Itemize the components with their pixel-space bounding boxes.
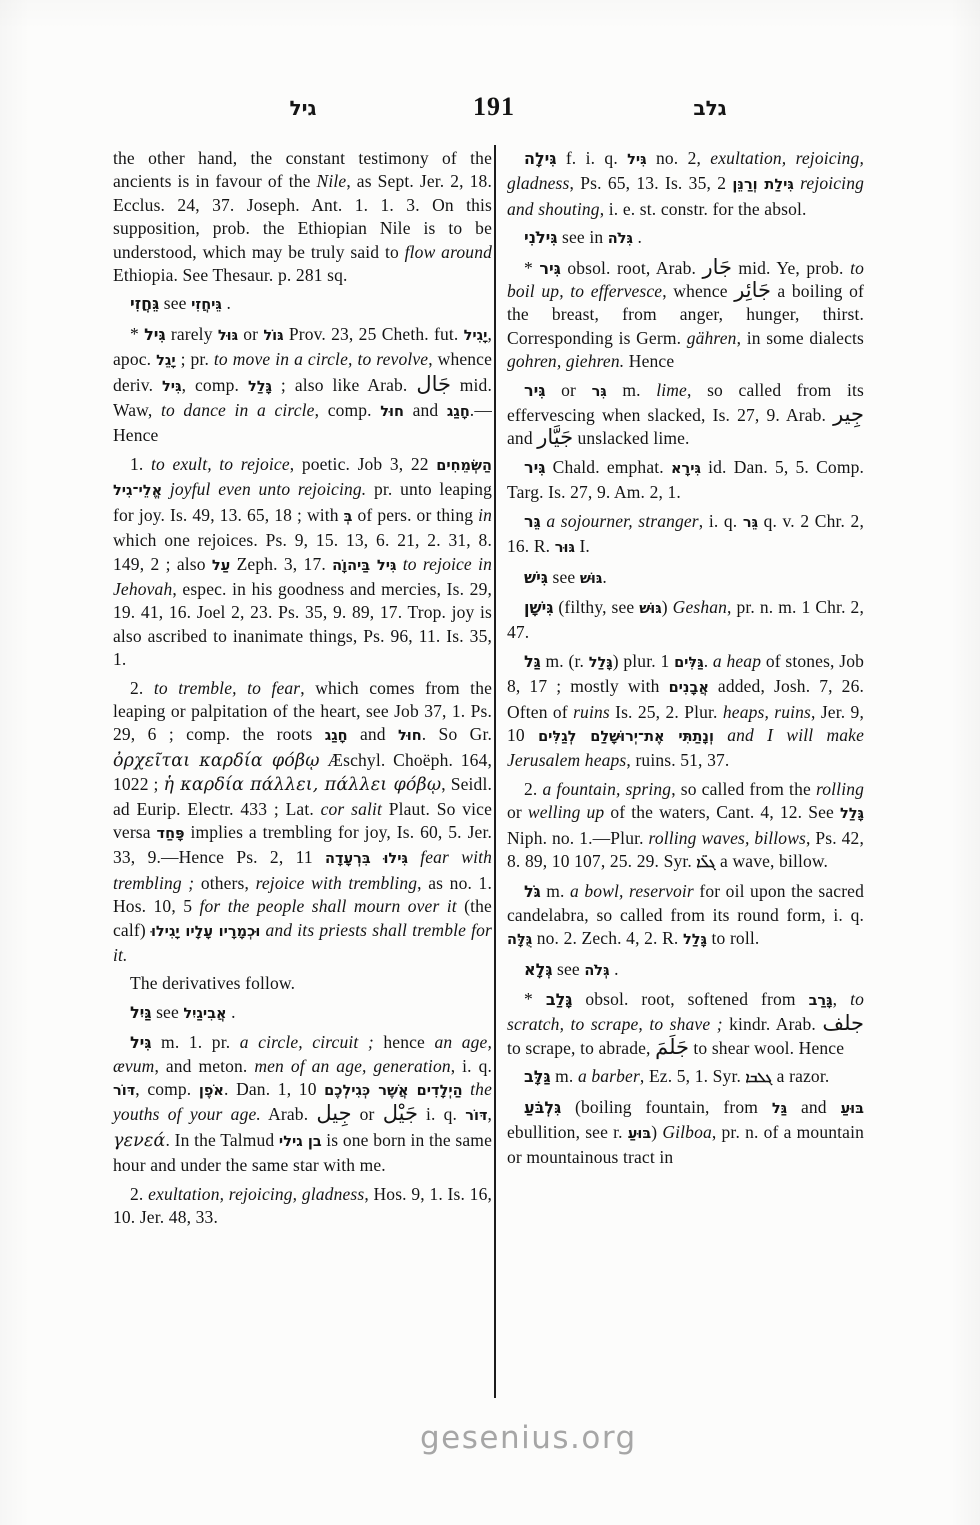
header-catchword-right: גלב bbox=[650, 96, 770, 120]
italic-text: Geshan bbox=[673, 597, 727, 617]
hebrew-headword: גֵּר bbox=[524, 512, 541, 531]
hebrew-word: גֵּיחֲזִי bbox=[191, 297, 222, 313]
hebrew-word: בּוּעַ bbox=[628, 1126, 651, 1142]
roman-text: ; pr. bbox=[176, 349, 214, 369]
roman-text bbox=[714, 725, 727, 745]
hebrew-word: חָגַג bbox=[325, 728, 348, 744]
roman-text: or bbox=[507, 802, 528, 822]
roman-text: rarely bbox=[166, 324, 218, 344]
roman-text: obsol. root, softened from bbox=[572, 989, 808, 1009]
roman-text: The derivatives follow. bbox=[130, 973, 295, 993]
roman-text: Is. 25, 2. Plur. bbox=[610, 702, 723, 722]
entry-giloni-crossref: גִּילֹנִי see in גִּלֹה . bbox=[507, 226, 864, 251]
italic-text: rolling waves, billows bbox=[649, 828, 806, 848]
hebrew-word: יָגֵל bbox=[156, 353, 176, 369]
italic-text: Nile bbox=[317, 171, 347, 191]
roman-text: ) plur. bbox=[613, 651, 661, 671]
hebrew-headword: גִּיל bbox=[144, 325, 166, 344]
hebrew-word: בן גילי bbox=[279, 1134, 322, 1150]
hebrew-headword: גַּיִל bbox=[130, 1003, 152, 1022]
roman-text: 2. bbox=[130, 678, 154, 698]
roman-text: , whence bbox=[662, 281, 734, 301]
roman-text: or bbox=[238, 324, 263, 344]
hebrew-word: וְנָתַתִּי אֶת־יְרוּשָׁלִַם לְגַלִּים bbox=[538, 729, 714, 745]
roman-text: . bbox=[610, 959, 619, 979]
italic-text: a fountain, spring bbox=[542, 779, 671, 799]
arabic-word: جَيَّار bbox=[537, 425, 573, 449]
entry-gilboa: גִּלְבֹּעַ (boiling fountain, from גַּל … bbox=[507, 1096, 864, 1170]
dictionary-page: גיל 191 גלב the other hand, the constant… bbox=[0, 0, 980, 1525]
roman-text: ; also like Arab. bbox=[272, 375, 416, 395]
hebrew-word: גּוּשׁ bbox=[639, 601, 661, 617]
hebrew-headword: גֹּל bbox=[524, 882, 541, 901]
roman-text: * bbox=[524, 258, 539, 278]
hebrew-word: דּוֹר bbox=[113, 1083, 135, 1099]
roman-text: no. 2. Zech. 4, 2. R. bbox=[532, 928, 683, 948]
left-column: the other hand, the constant testimony o… bbox=[113, 147, 492, 1229]
roman-text: m. bbox=[551, 1066, 578, 1086]
arabic-word: جَار bbox=[703, 255, 733, 279]
roman-text: mid. Ye, prob. bbox=[732, 258, 850, 278]
roman-text: , bbox=[833, 989, 850, 1009]
italic-text: a bowl, reservoir bbox=[570, 881, 694, 901]
italic-text: a barber bbox=[578, 1066, 640, 1086]
italic-text: gohren, giehren. bbox=[507, 351, 624, 371]
italic-text: lime bbox=[656, 380, 687, 400]
hebrew-word: גָּלַל bbox=[683, 932, 707, 948]
hebrew-word: גִּילַת וְרַנֵּן bbox=[732, 177, 793, 193]
hebrew-word: גַּל bbox=[772, 1101, 787, 1117]
syriac-word: ܓܠܒܐ bbox=[746, 1070, 773, 1086]
hebrew-word: בּוּעַ bbox=[841, 1101, 864, 1117]
hebrew-word: גִּילוּ בִּרְעָדָה bbox=[325, 851, 408, 867]
hebrew-headword: גִּיל bbox=[130, 1033, 152, 1052]
entry-gir-chald: גִּיר Chald. emphat. גִּירָא id. Dan. 5,… bbox=[507, 456, 864, 505]
roman-text: , and meton. bbox=[154, 1056, 254, 1076]
roman-text: (filthy, see bbox=[553, 597, 639, 617]
italic-text: a circle, circuit ; bbox=[240, 1032, 374, 1052]
hebrew-word: גּוּשׁ bbox=[580, 571, 602, 587]
column-divider-rule bbox=[494, 145, 496, 1398]
hebrew-word: אֹפֶן bbox=[199, 1083, 224, 1099]
continuation-paragraph: the other hand, the constant testimony o… bbox=[113, 147, 492, 287]
hebrew-word: גִּלֹה bbox=[608, 231, 633, 247]
roman-text: . bbox=[602, 567, 607, 587]
roman-text: ) bbox=[651, 1122, 662, 1142]
entry-gal-sense-2: 2. a fountain, spring, so called from th… bbox=[507, 778, 864, 876]
roman-text: and bbox=[348, 724, 398, 744]
entry-gir-root: * גִּיר obsol. root, Arab. جَار mid. Ye,… bbox=[507, 257, 864, 374]
roman-text: * bbox=[524, 989, 546, 1009]
header-catchword-left: גיל bbox=[243, 96, 363, 120]
roman-text: a razor. bbox=[772, 1066, 829, 1086]
hebrew-headword: גִּיר bbox=[524, 381, 546, 400]
entry-gela-crossref: גְּלָא see גְּלֹה . bbox=[507, 958, 864, 983]
roman-text: . bbox=[633, 227, 642, 247]
roman-text: Ethiopia. See Thesaur. p. 281 sq. bbox=[113, 265, 348, 285]
greek-phrase: γενεά bbox=[113, 1131, 165, 1151]
roman-text: to roll. bbox=[707, 928, 759, 948]
hebrew-word: אֲבָנִים bbox=[669, 680, 709, 696]
right-column: גִּילָה f. i. q. גִּיל no. 2, exultation… bbox=[507, 147, 864, 1170]
italic-text: welling up bbox=[528, 802, 604, 822]
roman-text: see in bbox=[558, 227, 608, 247]
hebrew-word: גּוֹל bbox=[263, 328, 283, 344]
roman-text: m. bbox=[541, 881, 570, 901]
watermark: gesenius.org bbox=[420, 1420, 637, 1456]
roman-text: see bbox=[159, 293, 191, 313]
roman-text: to scrape, to abrade, bbox=[507, 1038, 655, 1058]
entry-gil-verb-root: * גִּיל rarely גּוּל or גּוֹל Prov. 23, … bbox=[113, 323, 492, 448]
roman-text bbox=[408, 847, 420, 867]
entry-gil-noun: גִּיל m. 1. pr. a circle, circuit ; henc… bbox=[113, 1031, 492, 1177]
roman-text: and bbox=[507, 428, 537, 448]
roman-text: , Ps. 65, 13. Is. 35, 2 bbox=[569, 173, 732, 193]
entry-gechazi-crossref: גֵּחֲזִי see גֵּיחֲזִי . bbox=[113, 292, 492, 317]
syriac-word: ܓܠ̈ܐ bbox=[696, 855, 715, 871]
hebrew-headword: גִּילֹנִי bbox=[524, 228, 558, 247]
hebrew-headword: גְּלָא bbox=[524, 960, 552, 979]
entry-gal-heap: גַּל m. (r. גָּלַל) plur. גַּלִּים 1. a … bbox=[507, 650, 864, 773]
roman-text: or bbox=[352, 1104, 383, 1124]
entry-geshan: גִּישָׁן (filthy, see גּוּשׁ) Geshan, pr… bbox=[507, 596, 864, 645]
italic-text: to exult, to rejoice bbox=[151, 454, 290, 474]
hebrew-word: גּוּל bbox=[218, 328, 238, 344]
hebrew-word: גְּלֹה bbox=[584, 963, 609, 979]
hebrew-word: יָגִיל bbox=[464, 328, 488, 344]
roman-text: kindr. Arab. bbox=[723, 1014, 823, 1034]
roman-text bbox=[162, 479, 170, 499]
arabic-word: جِير bbox=[833, 402, 864, 426]
entry-gol-bowl: גֹּל m. a bowl, reservoir for oil upon t… bbox=[507, 880, 864, 952]
roman-text: m. bbox=[607, 380, 656, 400]
roman-text: see bbox=[552, 959, 584, 979]
hebrew-word: גּוּר bbox=[555, 540, 575, 556]
hebrew-word: בְּ bbox=[344, 509, 353, 525]
roman-text: ebullition, see r. bbox=[507, 1122, 628, 1142]
roman-text: , i. e. st. constr. for the absol. bbox=[600, 199, 807, 219]
italic-text: a heap bbox=[713, 651, 761, 671]
italic-text: to tremble, to fear bbox=[154, 678, 300, 698]
roman-text: . So Gr. bbox=[422, 724, 492, 744]
arabic-word: جَائِر bbox=[734, 278, 771, 302]
hebrew-word: גַּלִּים bbox=[674, 655, 704, 671]
roman-text: a wave, billow. bbox=[716, 851, 828, 871]
hebrew-headword: גִּילָה bbox=[524, 149, 557, 168]
roman-text: , comp. bbox=[182, 375, 248, 395]
italic-text: men of an age, generation bbox=[254, 1056, 450, 1076]
roman-text: . bbox=[227, 1002, 236, 1022]
roman-text: or bbox=[546, 380, 592, 400]
roman-text: , comp. bbox=[315, 400, 381, 420]
arabic-word: جَال bbox=[416, 372, 451, 396]
italic-text: cor salit bbox=[321, 799, 382, 819]
hebrew-word: גָּרַב bbox=[809, 993, 833, 1009]
entry-gil-sense-2: 2. to tremble, to fear, which comes from… bbox=[113, 677, 492, 968]
hebrew-headword: גִּישָׁן bbox=[524, 598, 553, 617]
italic-text: for the people shall mourn over it bbox=[199, 896, 456, 916]
italic-text: rejoice with trembling bbox=[256, 873, 418, 893]
italic-text: rolling bbox=[816, 779, 864, 799]
roman-text: others, bbox=[194, 873, 255, 893]
entry-gish-crossref: גִּישׁ see גּוּשׁ. bbox=[507, 566, 864, 591]
roman-text: . Dan. 1, 10 bbox=[224, 1079, 324, 1099]
roman-text: of pers. or thing bbox=[353, 505, 479, 525]
hebrew-word: חוּל bbox=[398, 728, 422, 744]
roman-text: Niph. no. 1.—Plur. bbox=[507, 828, 649, 848]
hebrew-word: חוּל bbox=[380, 404, 404, 420]
roman-text: 2. bbox=[130, 1184, 148, 1204]
roman-text: . bbox=[222, 293, 231, 313]
roman-text: m. (r. bbox=[541, 651, 589, 671]
hebrew-word: גִּירָא bbox=[671, 461, 701, 477]
hebrew-headword: גִּיר bbox=[539, 259, 561, 278]
hebrew-word: פָּחַד bbox=[157, 826, 185, 842]
hebrew-word: גִּיל בַּיהוָֹה bbox=[332, 558, 396, 574]
hebrew-headword: גָּלַב bbox=[546, 990, 573, 1009]
entry-galab-root: * גָּלַב obsol. root, softened from גָּר… bbox=[507, 988, 864, 1060]
hebrew-word: דּוֹר bbox=[465, 1108, 487, 1124]
roman-text: 2. bbox=[524, 779, 542, 799]
hebrew-word: עַל bbox=[212, 558, 230, 574]
italic-text: joyful even unto rejoicing. bbox=[170, 479, 367, 499]
hebrew-word: חָגַג bbox=[447, 404, 470, 420]
roman-text: , Ez. 5, 1. Syr. bbox=[640, 1066, 746, 1086]
hebrew-word: גָּלַל bbox=[589, 655, 613, 671]
arabic-word: جَيْل bbox=[383, 1101, 418, 1125]
hebrew-headword: גִּיר bbox=[524, 458, 546, 477]
page-number: 191 bbox=[434, 92, 554, 122]
roman-text: , in some dialects bbox=[737, 328, 864, 348]
roman-text: * bbox=[130, 324, 144, 344]
roman-text: unslacked lime. bbox=[573, 428, 689, 448]
italic-text: ruins bbox=[573, 702, 610, 722]
entry-gil-noun-sense-2: 2. exultation, rejoicing, gladness, Hos.… bbox=[113, 1183, 492, 1230]
hebrew-word: הַיְלָדִים אֲשֶׁר כְּגִילְכֶם bbox=[324, 1083, 462, 1099]
arabic-word: جِيل bbox=[316, 1101, 351, 1125]
hebrew-headword: גִּלְבֹּעַ bbox=[524, 1098, 561, 1117]
roman-text: , poetic. Job 3, 22 bbox=[290, 454, 436, 474]
greek-phrase: ἡ καρδία πάλλει, πάλλει φόβῳ bbox=[164, 775, 442, 795]
hebrew-headword: גִּישׁ bbox=[524, 568, 548, 587]
roman-text: Chald. emphat. bbox=[546, 457, 671, 477]
roman-text: to shear wool. Hence bbox=[689, 1038, 844, 1058]
hebrew-word: אֲבִיגַיִל bbox=[183, 1006, 226, 1022]
derivatives-note: The derivatives follow. bbox=[113, 972, 492, 995]
roman-text: , comp. bbox=[135, 1079, 199, 1099]
italic-text: a sojourner, stranger bbox=[546, 511, 698, 531]
roman-text: see bbox=[152, 1002, 184, 1022]
roman-text: Arab. bbox=[261, 1104, 316, 1124]
italic-text: to move in a circle, to revolve bbox=[214, 349, 428, 369]
entry-ger-sojourner: גֵּר a sojourner, stranger, i. q. גֵּר q… bbox=[507, 510, 864, 561]
roman-text: , so called from the bbox=[671, 779, 816, 799]
roman-text: obsol. root, Arab. bbox=[561, 258, 703, 278]
italic-text: Gilboa bbox=[662, 1122, 712, 1142]
hebrew-word: גֵּר bbox=[743, 515, 758, 531]
hebrew-word: גִּיל bbox=[627, 152, 647, 168]
roman-text: and bbox=[404, 400, 447, 420]
entry-gilah: גִּילָה f. i. q. גִּיל no. 2, exultation… bbox=[507, 147, 864, 221]
roman-text: and bbox=[787, 1097, 840, 1117]
roman-text: Hence bbox=[624, 351, 674, 371]
roman-text: . In the Talmud bbox=[165, 1130, 278, 1150]
italic-text: exultation, rejoicing, gladness bbox=[148, 1184, 364, 1204]
roman-text: i. q. bbox=[418, 1104, 465, 1124]
entry-gil-sense-1: 1. to exult, to rejoice, poetic. Job 3, … bbox=[113, 453, 492, 672]
entry-gallab-barber: גַּלָּב m. a barber, Ez. 5, 1. Syr. ܓܠܒܐ… bbox=[507, 1065, 864, 1090]
hebrew-headword: גֵּחֲזִי bbox=[130, 294, 159, 313]
italic-text: in bbox=[478, 505, 492, 525]
hebrew-word: גִּיל bbox=[162, 379, 182, 395]
hebrew-word: גֻּלָּה bbox=[507, 932, 532, 948]
roman-text: of the waters, Cant. 4, 12. See bbox=[604, 802, 840, 822]
hebrew-word: גָּלַל bbox=[248, 379, 272, 395]
hebrew-word: וּכְמָרָיו עָלָיו יָגִילוּ bbox=[151, 924, 260, 940]
roman-text: 1. bbox=[130, 454, 151, 474]
hebrew-word: גָּלַל bbox=[840, 806, 864, 822]
roman-text: see bbox=[548, 567, 580, 587]
entry-gayil-crossref: גַּיִל see אֲבִיגַיִל . bbox=[113, 1001, 492, 1026]
roman-text: (boiling fountain, from bbox=[561, 1097, 772, 1117]
arabic-word: جَلَمَ bbox=[655, 1035, 689, 1059]
italic-text: flow around bbox=[405, 242, 492, 262]
roman-text: Prov. 23, 25 Cheth. fut. bbox=[284, 324, 464, 344]
hebrew-headword: גַּלָּב bbox=[524, 1067, 551, 1086]
arabic-word: جلف bbox=[822, 1011, 864, 1035]
roman-text: f. i. q. bbox=[557, 148, 628, 168]
italic-text: to dance in a circle bbox=[161, 400, 315, 420]
roman-text: I. bbox=[575, 536, 590, 556]
italic-text: heaps, ruins bbox=[723, 702, 811, 722]
italic-text: gähren bbox=[687, 328, 737, 348]
greek-phrase: ὀρχεῖται καρδία φόβῳ bbox=[113, 751, 320, 771]
hebrew-headword: גַּל bbox=[524, 652, 541, 671]
roman-text: m. 1. pr. bbox=[152, 1032, 240, 1052]
roman-text: no. 2, bbox=[647, 148, 711, 168]
roman-text: , bbox=[487, 1104, 492, 1124]
roman-text: , i. q. bbox=[699, 511, 743, 531]
roman-text: Zeph. 3, 17. bbox=[230, 554, 332, 574]
roman-text: , i. q. bbox=[451, 1056, 492, 1076]
roman-text: ) bbox=[662, 597, 673, 617]
roman-text: hence bbox=[374, 1032, 435, 1052]
hebrew-word: גִּר bbox=[592, 384, 607, 400]
entry-gir-lime: גִּיר or גִּר m. lime, so called from it… bbox=[507, 379, 864, 451]
roman-text: , ruins. 51, 37. bbox=[626, 750, 729, 770]
